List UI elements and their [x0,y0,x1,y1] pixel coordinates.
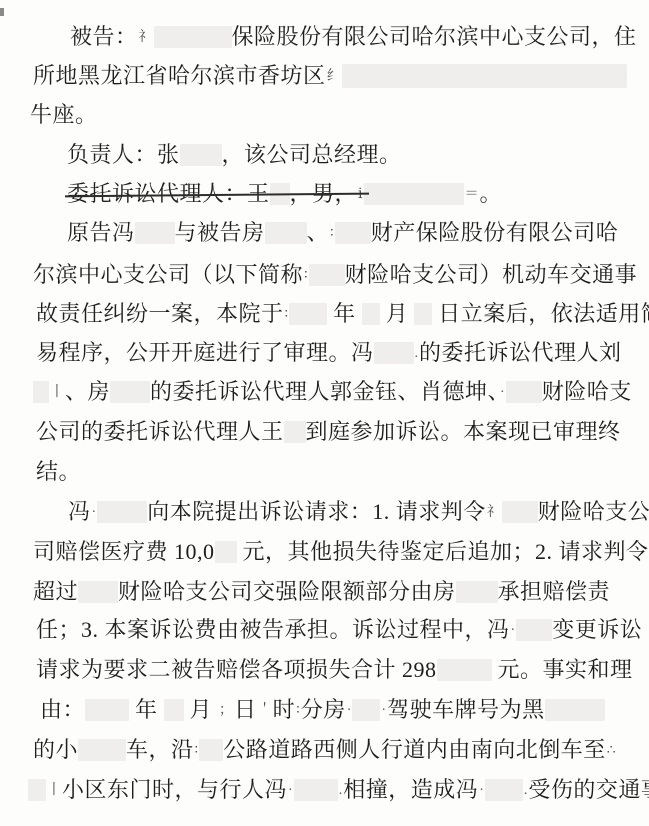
text-run: 被告： [70,24,138,49]
text-run: 财险哈支公司交强险限额部分由房 [118,579,456,604]
redaction-box [270,183,290,205]
text-run: 委托诉讼代理人：王 [67,181,270,206]
text-run: 结。 [36,459,81,484]
text-run: 公路道路西侧人行道内由南向北倒车至 [223,737,606,762]
document-line-8: 故责任纠纷一案，本院于∶ 年 月 日立案后，依法适用简 [36,299,649,329]
partial-character: 丨 [46,783,62,798]
redaction-box [485,779,523,801]
document-line-15: 超过财险哈支公司交强险限额部分由房承担赔偿责 [33,577,610,607]
text-run: 财险哈支公司）机动车交通事 [345,262,638,287]
redaction-box [97,501,147,523]
text-run: 向本院提出诉讼请求：1. 请求判令 [147,499,486,524]
partial-character: · [287,783,294,798]
partial-character: 纟 [326,69,342,84]
redaction-box [342,64,627,88]
text-run: 故责任纠纷一案，本院于 [36,301,284,326]
text-run: 任；3. 本案诉讼费由被告承担。诉讼过程中，冯 [36,617,510,642]
struck-text: 委托诉讼代理人：王，男，ⅰ [67,179,364,210]
document-line-17: 请求为要求二被告赔偿各项损失合计 298 元。事实和理 [36,655,633,685]
document-line-14: 司赔偿医疗费 10,0 元，其他损失待鉴定后追加；2. 请求判令 [33,537,649,567]
text-run: 元，其他损失待鉴定后追加；2. 请求判令 [237,539,649,564]
text-run: 财险哈支公 [538,499,649,524]
text-run: 。 [480,181,503,206]
document-line-3: 牛座。 [30,100,98,130]
document-line-19: 的小车，沿∶公路道路西侧人行道内由南向北倒车至∴ [33,735,617,765]
redaction-box [506,381,542,403]
redaction-box [284,421,306,443]
partial-character: ∴ [606,743,617,758]
partial-character: ＇ [257,703,273,718]
text-run: 尔滨中心支公司（以下简称 [33,262,303,287]
text-run: 月 [380,301,415,326]
text-run: 年 [327,301,362,326]
text-run: 与被告房 [175,220,265,245]
text-run: 保险股份有限公司哈尔滨中心支公司，住 [232,24,637,49]
document-line-5: 委托诉讼代理人：王，男，ⅰ＝。 [67,179,502,209]
text-run: 相撞，造成冯 [343,777,478,802]
text-run: 时 [273,697,296,722]
redaction-box [28,779,46,801]
partial-character: ⅰ [357,187,363,202]
text-run: 、 [307,220,330,245]
partial-character: ∶ [329,226,335,241]
document-line-4: 负责人：张，该公司总经理。 [67,140,402,170]
text-run: 的小 [33,737,78,762]
text-run: 日 [234,697,257,722]
redaction-box [265,222,307,244]
partial-character: · [499,385,506,400]
partial-character: · [346,703,353,718]
redaction-box [78,739,126,761]
partial-character: ； [218,703,234,718]
text-run: 元。事实和理 [492,657,633,682]
redaction-box [180,144,222,166]
partial-character: 礻 [138,30,154,45]
document-line-1: 被告：礻保险股份有限公司哈尔滨中心支公司，住 [70,22,637,52]
redaction-box [135,222,175,244]
redaction-box [352,699,380,721]
text-run: 月 [184,697,219,722]
partial-character: 丨 [49,385,65,400]
text-run: 原告冯 [67,220,135,245]
document-line-13: 冯·向本院提出诉讼请求：1. 请求判令礻财险哈支公 [68,497,649,527]
redaction-box [516,619,552,641]
redaction-box [294,779,338,801]
redaction-box [309,264,345,286]
partial-character: ＝ [464,187,480,202]
text-run: 司赔偿医疗费 10,0 [33,539,215,564]
text-run: 冯 [68,499,91,524]
redaction-box [78,581,118,603]
text-run: ，男， [290,181,358,206]
text-run: 、房 [65,379,110,404]
redaction-box [154,26,232,48]
partial-character: 礻 [486,505,502,520]
partial-character: · [91,505,98,520]
document-line-7: 尔滨中心支公司（以下简称∶财险哈支公司）机动车交通事 [33,260,637,290]
text-run: ，该公司总经理。 [222,142,402,167]
text-run: 牛座。 [30,102,98,127]
text-run: 的委托诉讼代理人刘 [419,340,622,365]
partial-character: ∶ [303,268,309,283]
document-line-9: 易程序，公开开庭进行了审理。冯.的委托诉讼代理人刘 [36,338,622,368]
text-run: 受伤的交通事 [528,777,649,802]
redaction-box [374,342,414,364]
text-run: 负责人：张 [67,142,180,167]
text-run: 分房 [301,697,346,722]
document-line-11: 公司的委托诉讼代理人王到庭参加诉讼。本案现已审理终 [36,417,621,447]
text-run: 驾驶车牌号为黑 [387,697,545,722]
partial-character: · [510,623,517,638]
document-line-10: 丨、房的委托诉讼代理人郭金钰、肖德坤、·财险哈支 [33,377,632,407]
text-run: 财产保险股份有限公司哈 [371,220,619,245]
redaction-box [110,381,150,403]
redaction-box [33,381,49,403]
redaction-box [289,303,327,325]
partial-character: · [478,783,485,798]
document-line-16: 任；3. 本案诉讼费由被告承担。诉讼过程中，冯·变更诉讼 [36,615,642,645]
scan-artifact-speck [0,8,4,16]
text-run: 易程序，公开开庭进行了审理。冯 [36,340,374,365]
document-line-20: 丨小区东门时，与行人冯·.相撞，造成冯·.受伤的交通事 [28,775,649,805]
document-page: 被告：礻保险股份有限公司哈尔滨中心支公司，住所地黑龙江省哈尔滨市香坊区纟牛座。负… [0,0,649,826]
text-run: 年 [129,697,164,722]
text-run: 所地黑龙江省哈尔滨市香坊区 [33,63,326,88]
text-run: 财险哈支 [542,379,632,404]
text-run: 车，沿 [126,737,194,762]
redaction-box [456,581,498,603]
redaction-box [215,541,237,563]
redaction-box [364,183,464,205]
redaction-box [414,303,432,325]
redaction-box [85,699,129,721]
redaction-box [437,659,492,681]
redaction-box [335,222,371,244]
text-run: 由： [40,697,85,722]
text-run: 日立案后，依法适用简 [432,301,649,326]
document-line-18: 由： 年 月 ；日＇时∶分房··驾驶车牌号为黑 [40,695,605,725]
text-run: 承担赔偿责 [498,579,611,604]
redaction-box [199,739,223,761]
redaction-box [545,699,605,721]
text-run: 公司的委托诉讼代理人王 [36,419,284,444]
document-line-6: 原告冯与被告房、∶财产保险股份有限公司哈 [67,218,618,248]
text-run: 到庭参加诉讼。本案现已审理终 [306,419,621,444]
document-line-2: 所地黑龙江省哈尔滨市香坊区纟 [33,61,627,91]
text-run: 超过 [33,579,78,604]
text-run: 请求为要求二被告赔偿各项损失合计 298 [36,657,437,682]
document-line-12: 结。 [36,457,81,487]
text-run: 的委托诉讼代理人郭金钰、肖德坤、 [150,379,499,404]
redaction-box [164,699,184,721]
redaction-box [362,303,380,325]
text-run: 变更诉讼 [552,617,642,642]
redaction-box [502,501,538,523]
text-run: 小区东门时，与行人冯 [62,777,287,802]
